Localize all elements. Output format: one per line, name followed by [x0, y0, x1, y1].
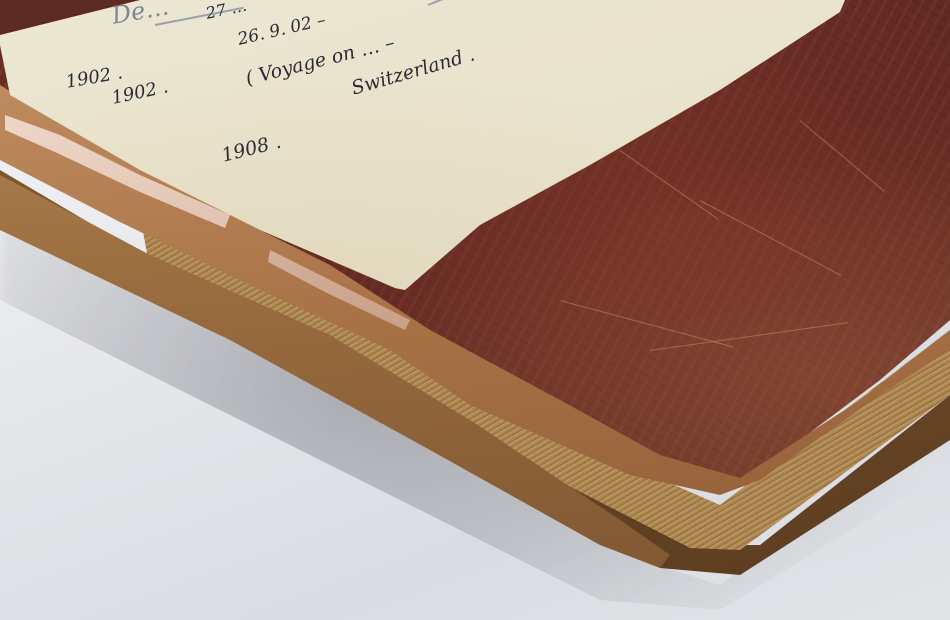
label-underline — [428, 0, 466, 6]
label-title: De… — [110, 0, 171, 30]
photo-scene: De… 27 … 26. 9. 02 – ( Voyage on … – Swi… — [0, 0, 950, 620]
label-line: 26. 9. 02 – — [236, 10, 328, 50]
label-line: 27 … — [204, 0, 248, 23]
label-year: 1908 . — [219, 131, 283, 167]
